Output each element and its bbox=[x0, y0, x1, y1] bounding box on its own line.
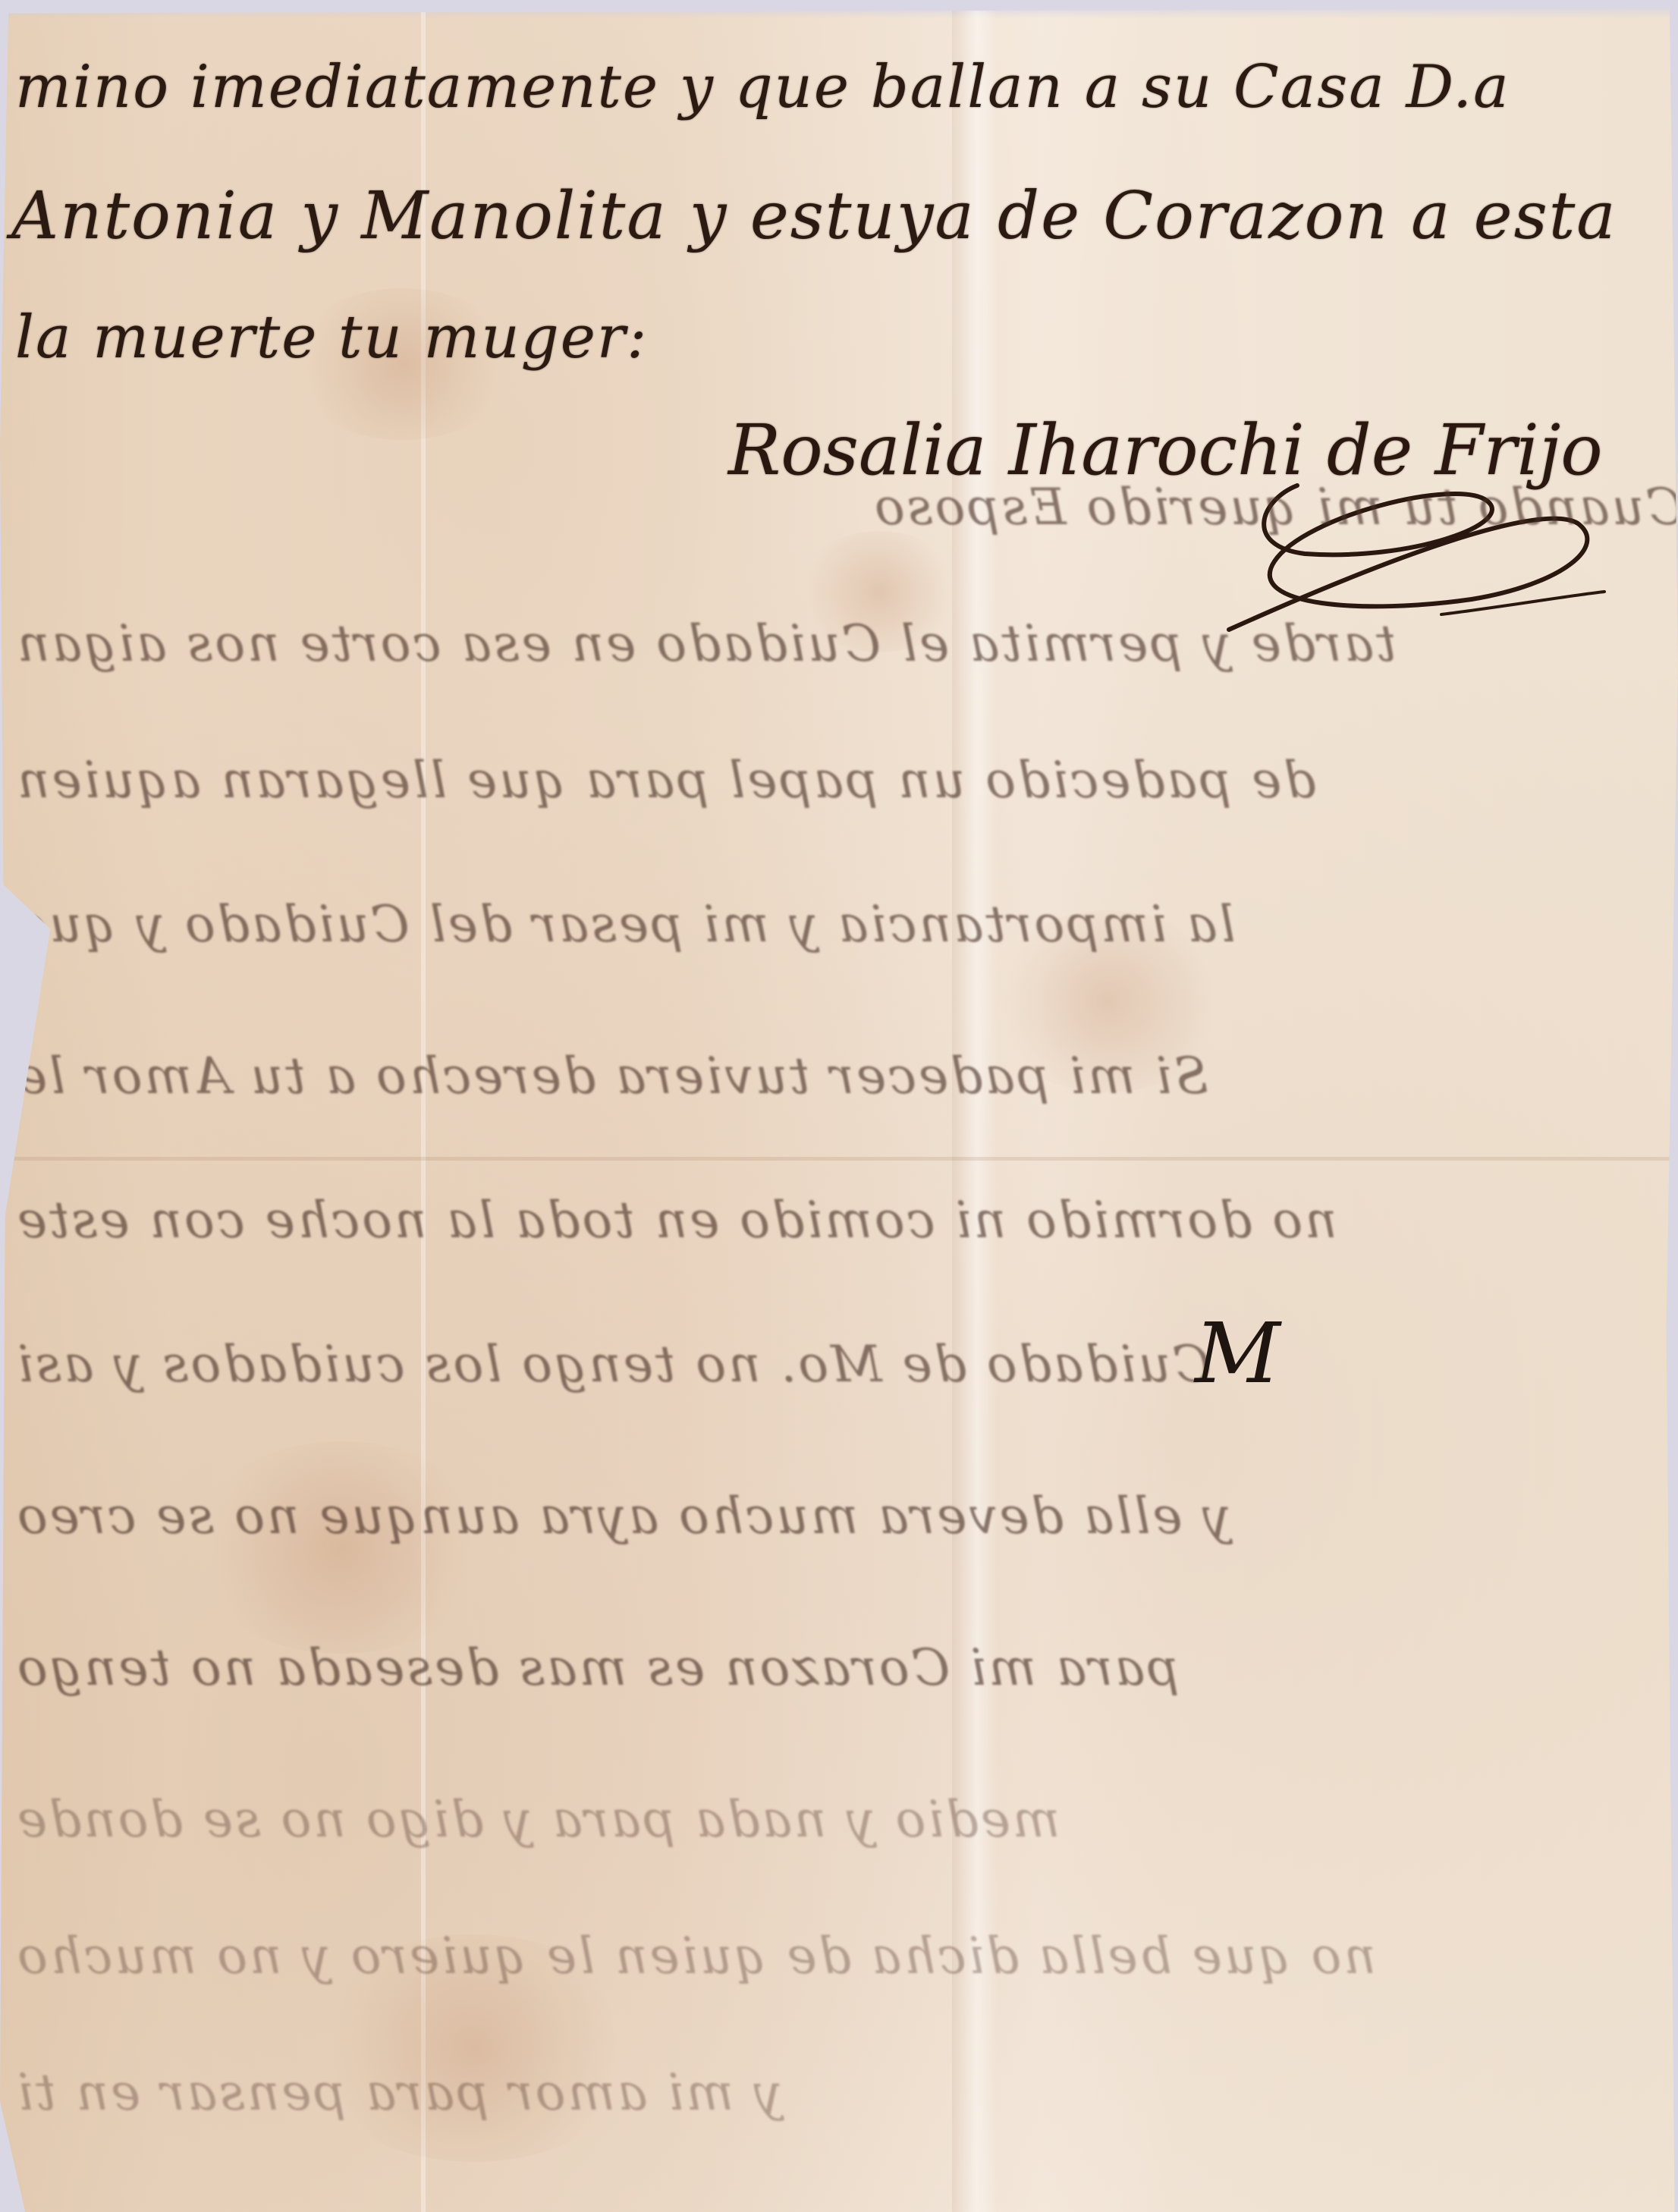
bleed-through-line-8: y ella devera mucho ayra aunque no se cr… bbox=[15, 1487, 1231, 1545]
bleed-through-line-7: Cuidado de Mo. no tengo los cuidados y a… bbox=[15, 1335, 1211, 1393]
bleed-through-line-9: para mi Corazon es mas deseada no tengo bbox=[15, 1639, 1179, 1697]
letter-paper: mino imediatamente y que ballan a su Cas… bbox=[0, 0, 1678, 2212]
bleed-through-line-3: de padecido un papel para que llegaran a… bbox=[15, 751, 1316, 809]
bleed-through-line-2: tarde y permita el Cuidado en esa corte … bbox=[15, 614, 1396, 673]
background-edge bbox=[0, 0, 1678, 19]
bleed-through-line-5: Si mi padecer tuviera derecho a tu Amor … bbox=[15, 1047, 1208, 1105]
bleed-through-line-6: no dormido ni comido en toda la noche co… bbox=[15, 1191, 1337, 1249]
bleed-through-line-11: no que bella dicha de quien le quiero y … bbox=[15, 1927, 1376, 1985]
horizontal-fold-crease bbox=[0, 1157, 1678, 1161]
age-stain bbox=[190, 1441, 493, 1654]
front-text-line-1: mino imediatamente y que ballan a su Cas… bbox=[15, 53, 1510, 121]
front-text-line-2: Antonia y Manolita y estuya de Corazon a… bbox=[11, 178, 1617, 254]
vertical-fold-crease bbox=[952, 0, 998, 2212]
bleed-through-line-12: y mi amor para pensar en ti bbox=[15, 2063, 782, 2122]
decorative-initial: M bbox=[1195, 1305, 1280, 1402]
bleed-through-line-4: la importancia y mi pesar del Cuidado y … bbox=[15, 895, 1236, 954]
bleed-through-line-10: medio y nada para y digo no se donde bbox=[15, 1790, 1060, 1849]
bleed-through-line-1: Cuando tu mi querido Esposo bbox=[872, 478, 1678, 536]
front-text-line-3: la muerte tu muger: bbox=[15, 303, 648, 372]
